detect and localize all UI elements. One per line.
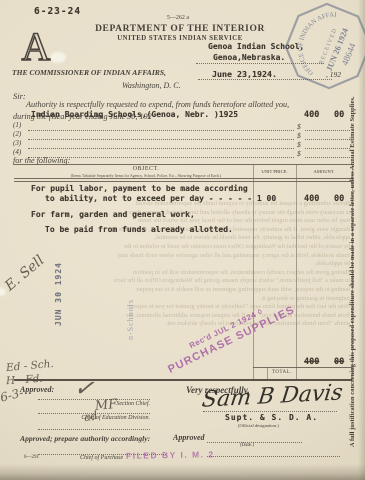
request-amount-dollars: 400 (304, 110, 319, 120)
school-location: Genoa,Nebraska. (213, 53, 285, 62)
pencil-note-1: Ed - Sch. (6, 358, 55, 374)
dollar-sign: $ (297, 131, 301, 140)
typed-row-4: To be paid from funds already allotted. (45, 225, 233, 234)
section-chief-label: Section Chief. (60, 401, 150, 407)
dotted-line (305, 138, 350, 140)
approved-label: Approved: (20, 385, 54, 394)
dollar-sign: $ (297, 140, 301, 149)
service-title: UNITED STATES INDIAN SERVICE (78, 35, 282, 42)
total-label: TOTAL. (262, 370, 302, 375)
dotted-line (28, 129, 294, 131)
salutation: Sir: (13, 91, 26, 101)
addressee: THE COMMISSIONER OF INDIAN AFFAIRS, (12, 68, 166, 77)
typed-row-1: For pupil labor, payment to be made acco… (31, 184, 248, 193)
row-amount-dollars: 400 (304, 194, 319, 204)
table-rule-header-2 (14, 181, 352, 182)
washington-line: Washington, D. C. (122, 81, 181, 90)
signature-line (38, 428, 150, 430)
amount-header: AMOUNT. (296, 169, 352, 174)
right-edge-shadow (358, 0, 365, 480)
form-number-bottom: 6—291 (24, 455, 39, 460)
date-caption: (Date.) (240, 443, 254, 448)
education-chief-label: Chief of Education Division. (58, 415, 150, 421)
table-rule-header (14, 178, 352, 179)
department-title: DEPARTMENT OF THE INTERIOR (78, 24, 282, 34)
signature-line (203, 410, 337, 412)
row-amount-cents: 00 (334, 194, 344, 204)
object-header: OBJECT. (40, 166, 252, 172)
approved-prepare-label: Approved; prepare authority accordingly: (20, 434, 150, 443)
unit-price-header: UNIT PRICE. (253, 169, 296, 174)
table-column-divider (296, 164, 297, 380)
total-dollars: 400 (304, 357, 319, 367)
approved-right-label: Approved (173, 433, 205, 442)
signature-line (38, 412, 150, 414)
document-page: Before submitting a request for authorit… (0, 0, 365, 480)
item-number: (4) (13, 148, 21, 156)
signature-line (38, 398, 150, 400)
signature-line (207, 455, 340, 457)
total-cents: 00 (334, 357, 344, 367)
item-number: (2) (13, 130, 21, 138)
corner-letter-a-glyph: A (22, 24, 51, 66)
typed-row-2: to ability, not to exceed per day - - - … (45, 194, 276, 203)
left-schools-stamp: n-Schools (126, 299, 135, 340)
dollar-sign: $ (297, 122, 301, 131)
object-caption: (Items Tabulate Separately Items for Age… (40, 173, 252, 178)
dollar-sign: $ (297, 149, 301, 158)
request-line-1: Authority is respectfully requested to e… (26, 100, 289, 109)
dotted-line (305, 156, 350, 158)
typed-date: June 23,1924. (212, 69, 277, 79)
corner-letter-a: A (13, 24, 59, 66)
dotted-line (28, 138, 294, 140)
designation: Supt. & S. D. A. (225, 413, 318, 422)
paper-flaw (0, 288, 6, 296)
dotted-line (305, 129, 350, 131)
designation-caption: (Official designation.) (238, 423, 279, 428)
margin-note: A full justification concerning this pro… (349, 17, 356, 447)
handwritten-date-stamp: 6-23-24 (34, 6, 81, 17)
dotted-line (305, 147, 350, 149)
left-date-stamp: JUN 30 1924 (54, 262, 63, 326)
request-line-2-typed: Indian Boarding Schools,(Genoa, Nebr. )1… (31, 110, 238, 119)
purchase-chief-label: Chief of Purchase (80, 455, 123, 461)
item-number: (3) (13, 139, 21, 147)
dotted-line (28, 147, 294, 149)
bottom-edge-shadow (0, 464, 365, 480)
typed-row-3: For farm, garden and general work, (31, 210, 195, 219)
table-rule-top (14, 164, 352, 165)
request-amount-cents: 00 (334, 110, 344, 120)
filed-stamp: FILED BY I. M. 2 (126, 449, 215, 461)
form-number-top: 5—262 a (130, 15, 226, 21)
item-number: (1) (13, 121, 21, 129)
signature-line (207, 441, 302, 443)
